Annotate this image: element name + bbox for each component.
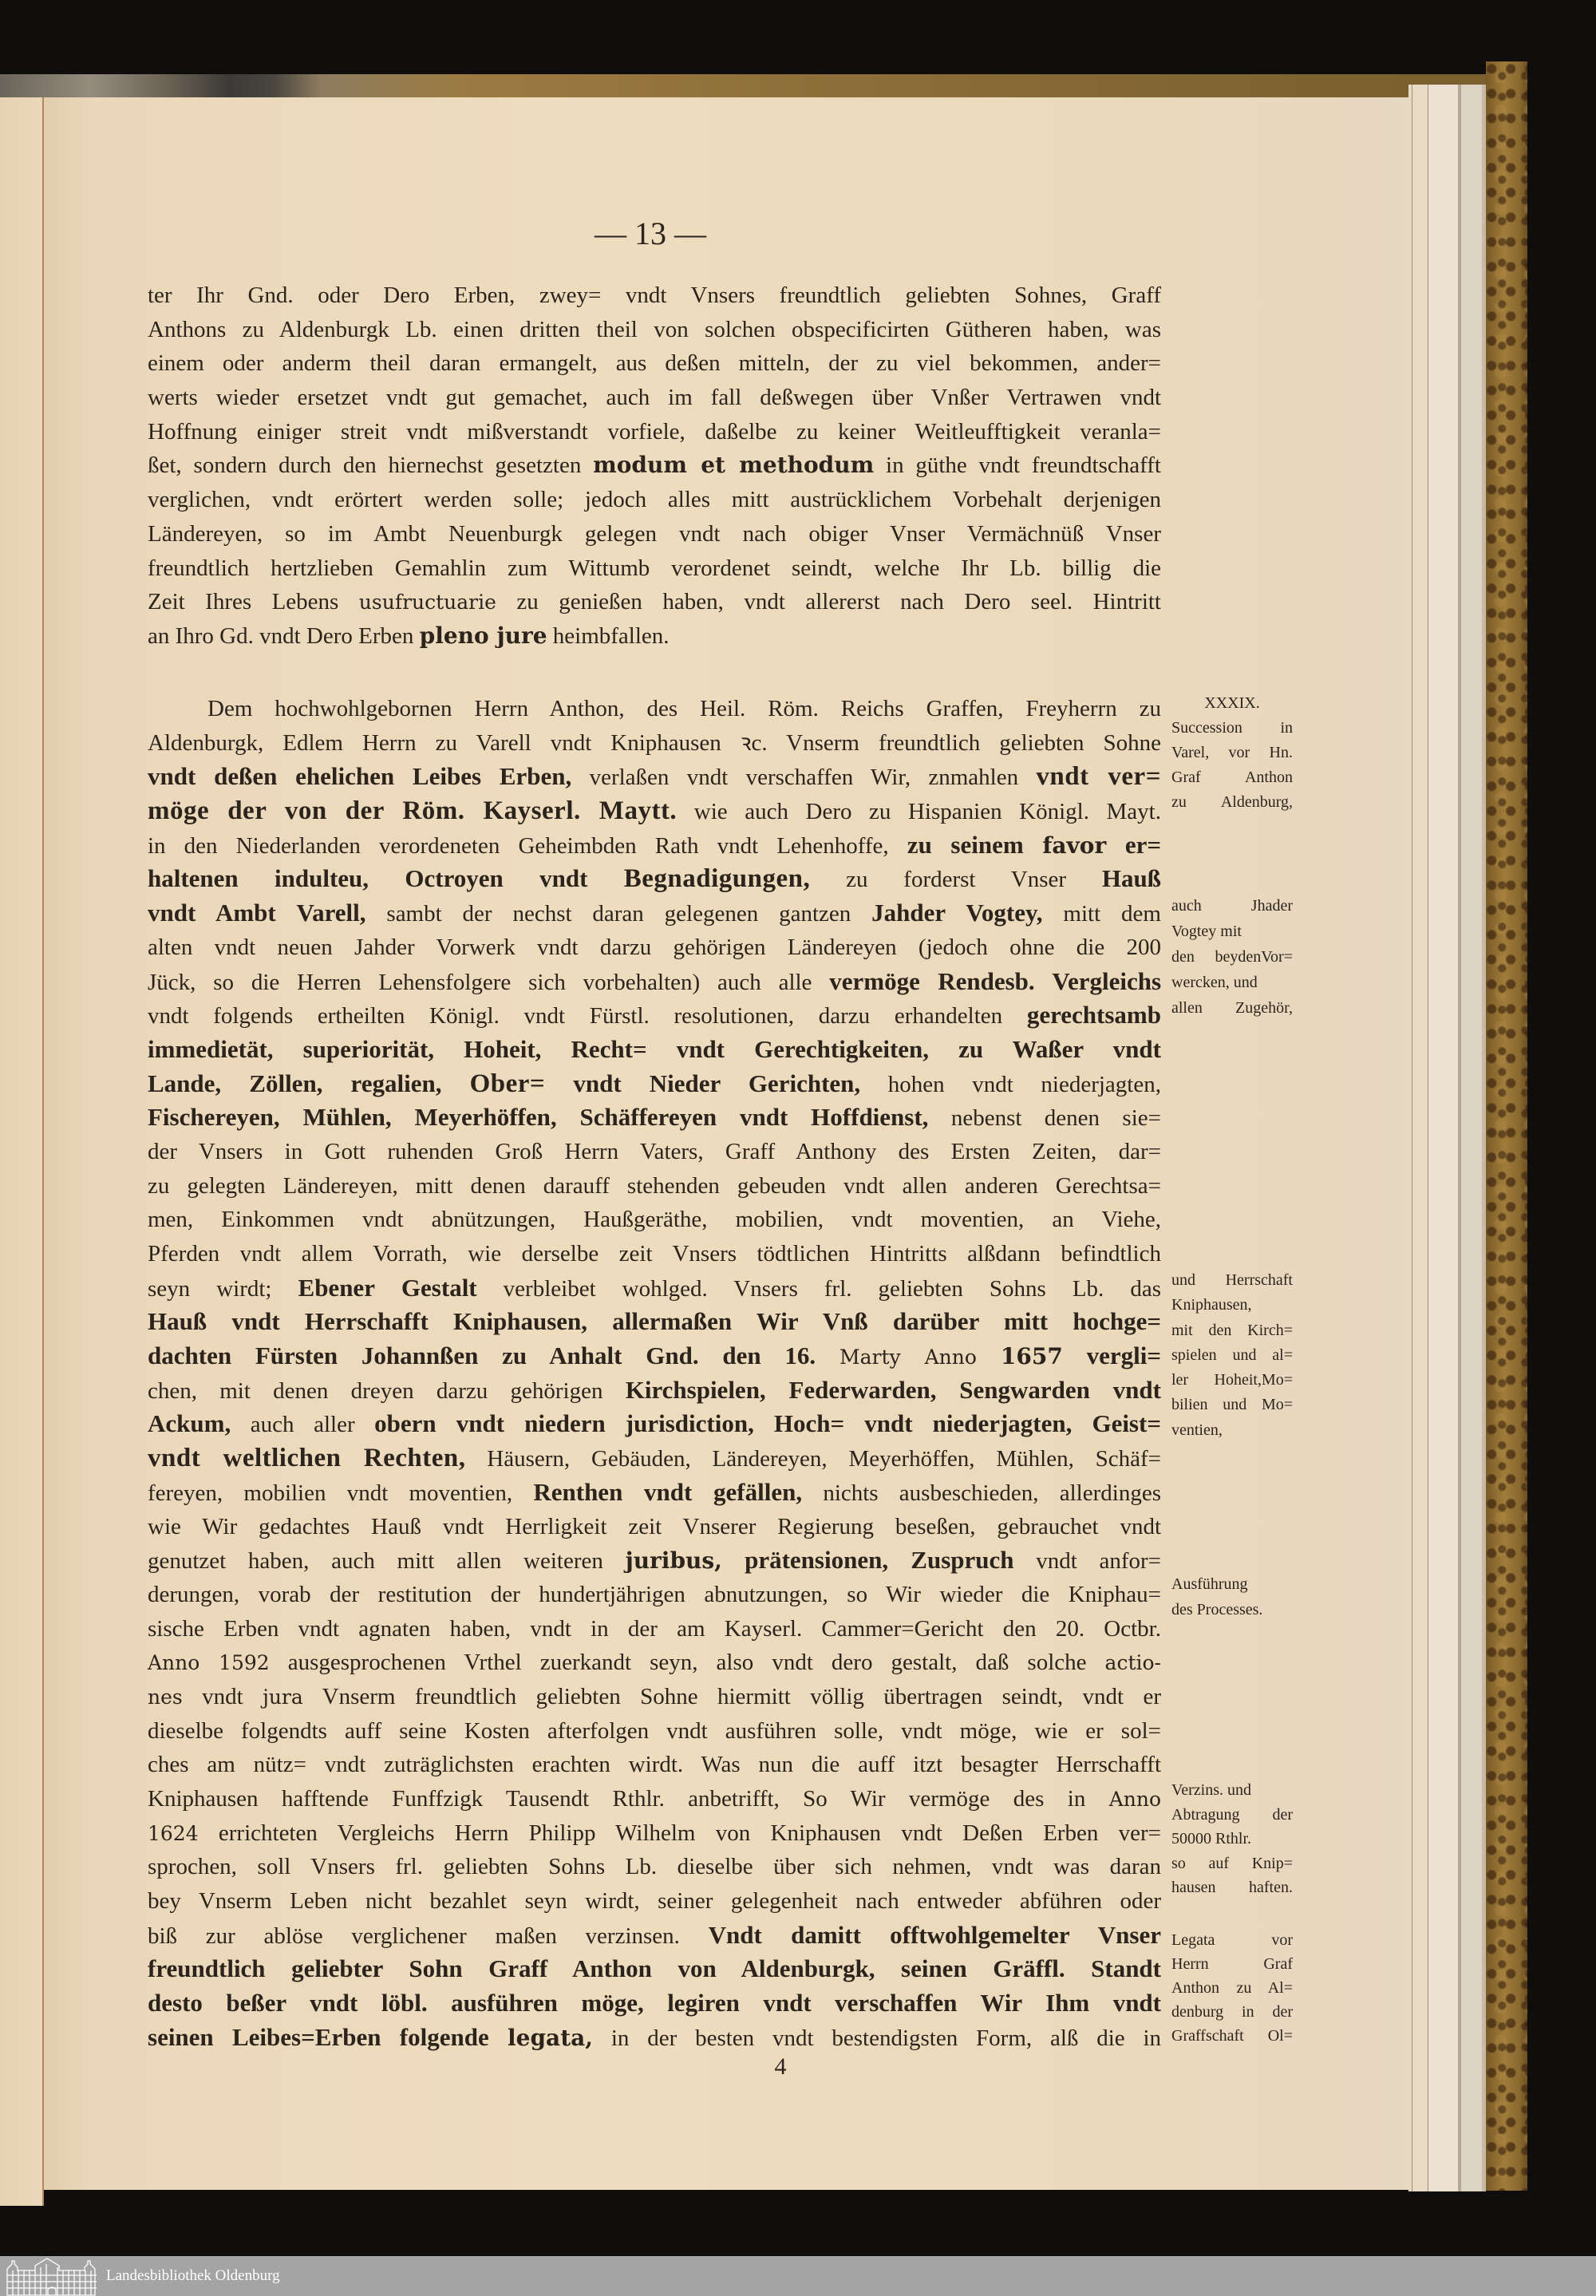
text-line: sprochen, soll Vnsers frl. geliebten Soh… [148, 1850, 1161, 1884]
text-segment: fereyen, mobilien vndt moventien, [148, 1480, 533, 1506]
text-segment: wie auch Dero zu Hispanien Königl. Mayt. [677, 799, 1161, 824]
margin-note-line: und Herrschaft [1171, 1268, 1293, 1293]
text-line: freundtlich hertzlieben Gemahlin zum Wit… [148, 551, 1161, 586]
emphasized-text: haltenen indulteu, Octroyen vndt [148, 864, 624, 892]
latin-phrase: favor [1042, 832, 1106, 859]
latin-phrase: Marty Anno [816, 1346, 1001, 1369]
text-line: Aldenburgk, Edlem Herrn zu Varell vndt K… [148, 726, 1161, 761]
emphasized-text: vndt deßen ehelichen Leibes Erben, [148, 762, 571, 790]
text-segment: nichts ausbeschieden, allerdinges [802, 1480, 1161, 1506]
margin-note-legata: Legata vor Herrn Graf Anthon zu Al= denb… [1171, 1928, 1293, 2048]
margin-note-line: hausen haften. [1171, 1875, 1293, 1900]
emphasized-text: dachten Fürsten Johannßen zu Anhalt Gnd.… [148, 1342, 816, 1369]
margin-note-line: zu Aldenburg, [1171, 790, 1293, 815]
margin-note-kniphausen: und Herrschaft Kniphausen, mit den Kirch… [1171, 1268, 1293, 1443]
text-segment: nebenst denen sie= [928, 1105, 1161, 1131]
text-segment: vndt anfor= [1014, 1548, 1162, 1574]
margin-note-line: Legata vor [1171, 1928, 1293, 1952]
margin-note-succession: XXXIX. Succession in Varel, vor Hn. Graf… [1171, 691, 1293, 815]
text-segment: an Ihro Gd. vndt Dero Erben [148, 623, 420, 649]
margin-note-line: so auf Knip= [1171, 1851, 1293, 1876]
year-number: 1657 [1001, 1343, 1063, 1369]
text-line: ter Ihr Gnd. oder Dero Erben, zwey= vndt… [148, 279, 1161, 313]
text-line: möge der von der Röm. Kayserl. Maytt. wi… [148, 794, 1161, 828]
text-segment: auch aller [231, 1412, 374, 1437]
text-line: zu gelegten Ländereyen, mitt denen darau… [148, 1169, 1161, 1203]
text-line: vndt deßen ehelichen Leibes Erben, verla… [148, 760, 1161, 794]
emphasized-text: Ebener Gestalt [298, 1274, 477, 1302]
margin-note-line: Varel, vor Hn. [1171, 741, 1293, 765]
text-line: chen, mit denen dreyen darzu gehörigen K… [148, 1373, 1161, 1408]
text-segment: ausgesprochenen Vrthel zuerkandt seyn, a… [270, 1650, 1105, 1675]
margin-note-interest: Verzins. und Abtragung der 50000 Rthlr. … [1171, 1778, 1293, 1900]
latin-phrase: actio- [1105, 1651, 1161, 1674]
text-line: genutzet haben, auch mitt allen weiteren… [148, 1543, 1161, 1578]
emphasized-text: obern vndt niedern jurisdiction, Hoch= v… [374, 1409, 1161, 1437]
text-segment: sambt der nechst daran gelegenen gantzen [366, 901, 872, 927]
text-line: immedietät, superiorität, Hoheit, Recht=… [148, 1033, 1161, 1067]
paragraph-1: ter Ihr Gnd. oder Dero Erben, zwey= vndt… [148, 279, 1161, 654]
margin-note-line: Abtragung der [1171, 1803, 1293, 1828]
margin-note-line: Ausführung [1171, 1571, 1293, 1597]
margin-note-line: spielen und al= [1171, 1343, 1293, 1368]
text-line: Anthons zu Aldenburgk Lb. einen dritten … [148, 313, 1161, 347]
margin-note-line: des Processes. [1171, 1597, 1293, 1622]
text-line: vndt weltlichen Rechten, Häusern, Gebäud… [148, 1441, 1161, 1476]
text-segment: Häusern, Gebäuden, Ländereyen, Meyerhöff… [465, 1446, 1161, 1472]
text-line: in den Niederlanden verordeneten Geheimb… [148, 828, 1161, 863]
book-cover-top-edge [0, 74, 1526, 99]
text-line: Pferden vndt allem Vorrath, wie derselbe… [148, 1237, 1161, 1271]
text-line: freundtlich geliebter Sohn Graff Anthon … [148, 1952, 1161, 1986]
emphasized-text: Ackum, [148, 1409, 231, 1437]
text-line: bey Vnserm Leben nicht bezahlet seyn wir… [148, 1884, 1161, 1919]
emphasized-text: seinen Leibes=Erben folgende [148, 2023, 508, 2051]
text-segment: heimbfallen. [547, 623, 670, 649]
margin-note-line: Kniphausen, [1171, 1293, 1293, 1318]
text-line: einem oder anderm theil daran ermangelt,… [148, 346, 1161, 381]
text-segment: genutzet haben, auch mitt allen weiteren [148, 1548, 626, 1574]
text-line: fereyen, mobilien vndt moventien, Renthe… [148, 1476, 1161, 1510]
text-segment: Vnserm freundtlich geliebten Sohne hierm… [303, 1684, 1161, 1709]
margin-note-jahder-vogtey: auch Jhader Vogtey mit den beydenVor= we… [1171, 893, 1293, 1021]
text-segment: seyn wirdt; [148, 1276, 298, 1302]
text-segment: verbleibet wohlged. Vnsers frl. geliebte… [477, 1276, 1161, 1302]
margin-note-line: allen Zugehör, [1171, 995, 1293, 1021]
emphasized-text: Renthen vndt gefällen, [533, 1478, 802, 1506]
margin-note-line: denburg in der [1171, 2000, 1293, 2024]
library-building-logo-icon [6, 2258, 98, 2296]
text-segment: biß zur ablöse verglichener maßen verzin… [148, 1923, 709, 1949]
page-stack-edges [1408, 85, 1486, 2191]
text-line: dieselbe folgendts auff seine Kosten aft… [148, 1714, 1161, 1749]
text-line: ches am nütz= vndt zuträglichsten eracht… [148, 1748, 1161, 1782]
emphasized-text: vermöge Rendesb. Vergleichs [829, 967, 1161, 995]
signature-mark: 4 [757, 2051, 804, 2083]
text-line: Fischereyen, Mühlen, Meyerhöffen, Schäff… [148, 1101, 1161, 1135]
text-segment: errichteten Vergleichs Herrn Philipp Wil… [199, 1820, 1161, 1846]
margin-note-line: 50000 Rthlr. [1171, 1827, 1293, 1851]
emphasized-text: gerechtsamb [1027, 1001, 1161, 1029]
emphasized-text: vndt ver= [1036, 762, 1161, 791]
paragraph-2: Dem hochwohlgebornen Herrn Anthon, des H… [148, 692, 1161, 2055]
emphasized-text: prätensionen, Zuspruch [722, 1546, 1014, 1574]
margin-note-line: Herrn Graf [1171, 1952, 1293, 1976]
text-line: Hoffnung einiger streit vndt mißverstand… [148, 415, 1161, 449]
margin-note-line: auch Jhader [1171, 893, 1293, 919]
text-line: werts wieder ersetzet vndt gut gemachet,… [148, 381, 1161, 415]
text-line: desto beßer vndt löbl. ausführen möge, l… [148, 1986, 1161, 2021]
margin-note-line: ler Hoheit,Mo= [1171, 1368, 1293, 1393]
text-segment: in der besten vndt bestendigsten Form, a… [593, 2025, 1161, 2051]
text-line: Dem hochwohlgebornen Herrn Anthon, des H… [148, 692, 1161, 726]
text-line: Anno 1592 ausgesprochenen Vrthel zuerkan… [148, 1646, 1161, 1680]
text-segment: vndt folgends ertheilten Königl. vndt Fü… [148, 1003, 1027, 1029]
margin-note-line: den beydenVor= [1171, 944, 1293, 970]
text-segment: zu genießen haben, vndt allererst nach D… [496, 589, 1161, 615]
text-line: 1624 errichteten Vergleichs Herrn Philip… [148, 1816, 1161, 1851]
emphasized-text: Hauß [1102, 864, 1161, 892]
text-line: Lande, Zöllen, regalien, Ober= vndt Nied… [148, 1067, 1161, 1101]
emphasized-text: Begnadigungen, [624, 864, 811, 893]
text-line: Hauß vndt Herrschafft Kniphausen, allerm… [148, 1305, 1161, 1339]
text-line: wie Wir gedachtes Hauß vndt Herrligkeit … [148, 1510, 1161, 1544]
margin-note-line: Verzins. und [1171, 1778, 1293, 1803]
margin-note-line: bilien und Mo= [1171, 1393, 1293, 1417]
text-line: men, Einkommen vndt abnützungen, Haußger… [148, 1203, 1161, 1237]
emphasized-text: Jahder Vogtey, [871, 899, 1042, 927]
text-line: alten vndt neuen Jahder Vorwerk vndt dar… [148, 931, 1161, 965]
emphasized-text: Kirchspielen, Federwarden, Sengwarden vn… [626, 1376, 1161, 1404]
text-segment: Zeit Ihres Lebens [148, 589, 359, 615]
latin-phrase: pleno jure [420, 622, 547, 649]
text-line: Kniphausen hafftende Funffzigk Tausendt … [148, 1782, 1161, 1816]
text-segment: vndt [183, 1684, 263, 1709]
text-line: sische Erben vndt agnaten haben, vndt in… [148, 1612, 1161, 1646]
latin-phrase: Anno [1109, 1788, 1161, 1811]
emphasized-text: vergli= [1063, 1342, 1161, 1369]
latin-phrase: legata, [508, 2025, 593, 2051]
emphasized-text: Ober= [470, 1069, 546, 1098]
latin-phrase: jura [263, 1685, 303, 1709]
emphasized-text: Fischereyen, Mühlen, Meyerhöffen, Schäff… [148, 1103, 928, 1131]
text-segment: Jück, so die Herren Lehensfolgere sich v… [148, 970, 829, 995]
text-line: seyn wirdt; Ebener Gestalt verbleibet wo… [148, 1271, 1161, 1306]
text-line: haltenen indulteu, Octroyen vndt Begnadi… [148, 862, 1161, 896]
margin-note-line: wercken, und [1171, 970, 1293, 995]
margin-note-line: Vogtey mit [1171, 919, 1293, 944]
text-line: Ländereyen, so im Ambt Neuenburgk gelege… [148, 517, 1161, 551]
margin-note-line: ventien, [1171, 1418, 1293, 1443]
text-line: Zeit Ihres Lebens usufructuarie zu genie… [148, 585, 1161, 619]
margin-note-line: Succession in [1171, 716, 1293, 741]
emphasized-text: Lande, Zöllen, regalien, [148, 1069, 470, 1097]
text-line: nes vndt jura Vnserm freundtlich geliebt… [148, 1680, 1161, 1714]
text-segment: hohen vndt niederjagten, [860, 1072, 1161, 1097]
emphasized-text: vndt weltlichen Rechten, [148, 1444, 465, 1472]
latin-phrase: modum et methodum [593, 452, 874, 478]
text-segment: ßet, sondern durch den hiernechst gesetz… [148, 452, 593, 478]
text-segment: chen, mit denen dreyen darzu gehörigen [148, 1378, 626, 1404]
margin-note-line: Graffschaft Ol= [1171, 2024, 1293, 2048]
text-line: verglichen, vndt erörtert werden solle; … [148, 483, 1161, 517]
margin-note-line: Graf Anthon [1171, 765, 1293, 790]
text-line: vndt folgends ertheilten Königl. vndt Fü… [148, 998, 1161, 1033]
text-segment: verlaßen vndt verschaffen Wir, znmahlen [571, 765, 1036, 790]
emphasized-text: er= [1106, 831, 1161, 859]
page-number: — 13 — [491, 215, 810, 252]
latin-phrase: usufructuarie [359, 591, 496, 614]
emphasized-text: vndt Nieder Gerichten, [545, 1069, 860, 1097]
margin-note-line: XXXIX. [1171, 691, 1293, 716]
text-line: seinen Leibes=Erben folgende legata, in … [148, 2021, 1161, 2055]
emphasized-text: zu seinem [907, 831, 1043, 859]
margin-note-line: mit den Kirch= [1171, 1318, 1293, 1343]
text-line: derungen, vorab der restitution der hund… [148, 1578, 1161, 1612]
margin-note-process: Ausführung des Processes. [1171, 1571, 1293, 1622]
text-line: Ackum, auch aller obern vndt niedern jur… [148, 1407, 1161, 1441]
text-segment: mitt dem [1043, 901, 1161, 927]
latin-phrase: nes [148, 1685, 183, 1709]
previous-page-strip [0, 97, 44, 2206]
emphasized-text: vndt Ambt Varell, [148, 899, 366, 927]
text-line: der Vnsers in Gott ruhenden Groß Herrn V… [148, 1135, 1161, 1169]
text-line: Jück, so die Herren Lehensfolgere sich v… [148, 965, 1161, 999]
text-segment: in den Niederlanden verordeneten Geheimb… [148, 833, 907, 859]
text-segment: zu forderst Vnser [810, 867, 1102, 892]
latin-phrase: juribus, [626, 1547, 722, 1574]
text-line: vndt Ambt Varell, sambt der nechst daran… [148, 896, 1161, 931]
text-line: an Ihro Gd. vndt Dero Erben pleno jure h… [148, 619, 1161, 654]
emphasized-text: möge der von der Röm. Kayserl. Maytt. [148, 796, 677, 825]
text-line: biß zur ablöse verglichener maßen verzin… [148, 1919, 1161, 1953]
margin-note-line: Anthon zu Al= [1171, 1976, 1293, 2000]
latin-phrase: Anno 1592 [148, 1651, 270, 1674]
text-line: dachten Fürsten Johannßen zu Anhalt Gnd.… [148, 1339, 1161, 1373]
year-number: 1624 [148, 1822, 199, 1845]
book-cover-leather-edge [1486, 61, 1527, 2191]
library-name: Landesbibliothek Oldenburg [106, 2256, 280, 2296]
emphasized-text: Vndt damitt offtwohlgemelter Vnser [709, 1921, 1161, 1949]
text-segment: in güthe vndt freundtschafft [874, 452, 1161, 478]
text-segment: Kniphausen hafftende Funffzigk Tausendt … [148, 1786, 1109, 1812]
text-line: ßet, sondern durch den hiernechst gesetz… [148, 449, 1161, 483]
